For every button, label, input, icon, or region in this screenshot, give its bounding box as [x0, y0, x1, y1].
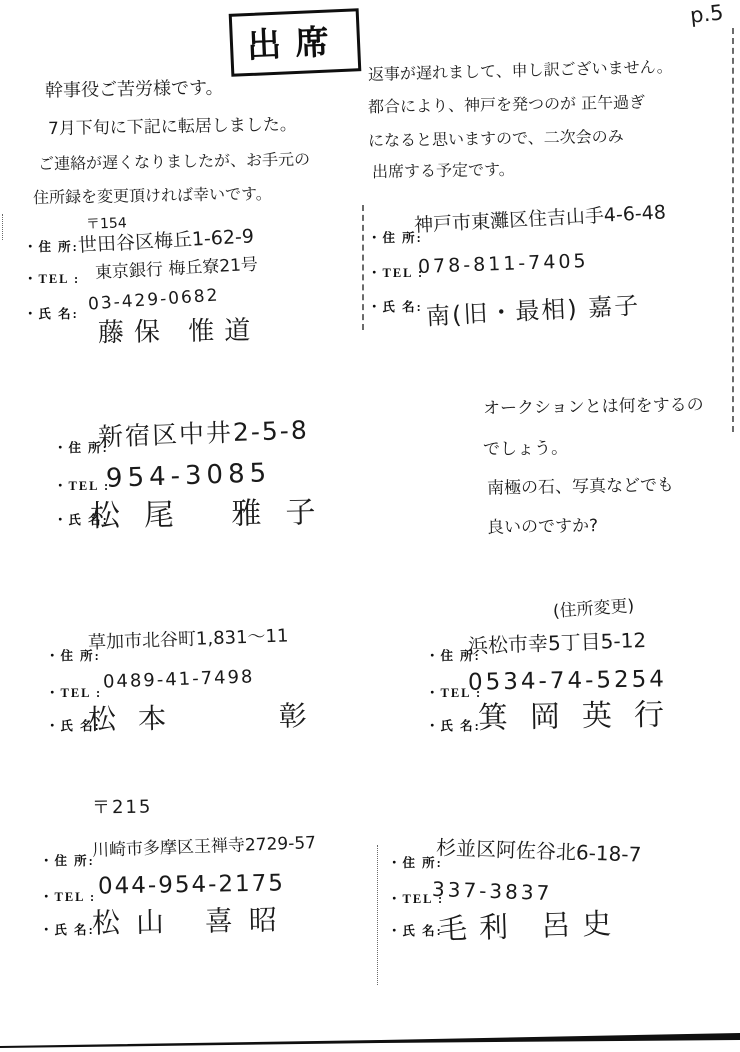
- entry-address-value: 杉並区阿佐谷北6-18-7: [436, 836, 642, 866]
- entry-address-value: 東京銀行 梅丘寮21号: [95, 256, 259, 284]
- scanned-attendance-page: p.5 出席 幹事役ご苦労様です。 7月下旬に下記に転居しました。 ご連絡が遅く…: [0, 0, 740, 1052]
- entry-postal-code: 〒154: [86, 215, 127, 233]
- entry-name-label: ・氏 名:: [426, 716, 481, 734]
- entry-name-value: 松尾 雅子: [90, 496, 340, 535]
- entry-address-label: ・住 所:: [388, 853, 443, 871]
- scan-artifact-page-edge-right: [732, 28, 734, 432]
- entry-tel-value: 954-3085: [106, 459, 272, 495]
- note-transfer-line: 住所録を変更頂ければ幸いです。: [33, 185, 272, 208]
- entry-name-label: ・氏 名:: [388, 921, 443, 939]
- entry-address-value: 草加市北谷町1,831〜11: [88, 627, 289, 655]
- scan-artifact-vertical-line: [377, 845, 378, 985]
- note-auction-line: オークションとは何をするの: [483, 396, 704, 419]
- entry-name-value: 箕岡英行: [478, 698, 687, 736]
- entry-tel-value: 03-429-0682: [87, 286, 220, 315]
- entry-tel-value: 0489-41-7498: [103, 667, 255, 693]
- entry-name-value: 南(旧・最相) 嘉子: [425, 292, 641, 331]
- scan-artifact-left-mark: [2, 214, 3, 240]
- entry-address-value: 浜松市幸5丁目5-12: [468, 629, 647, 658]
- entry-name-value: 松本 彰: [88, 700, 329, 736]
- note-transfer-line: 7月下旬に下記に転居しました。: [48, 116, 297, 140]
- entry-tel-value: 044-954-2175: [98, 870, 285, 900]
- entry-tel-label: ・TEL :: [368, 263, 424, 281]
- entry-name-label: ・氏 名:: [24, 304, 79, 322]
- note-kobe-line: 都合により、神戸を発つのが 正午過ぎ: [368, 94, 645, 117]
- note-transfer-line: ご連絡が遅くなりましたが、お手元の: [38, 151, 310, 174]
- page-number: p.5: [689, 0, 725, 27]
- note-auction-line: 南極の石、写真などでも: [487, 476, 674, 499]
- entry-tel-label: ・TEL :: [46, 683, 102, 701]
- entry-tel-label: ・TEL :: [24, 269, 80, 287]
- entry-name-label: ・氏 名:: [40, 920, 95, 938]
- entry-address-value: 川崎市多摩区王禅寺2729-57: [92, 834, 317, 861]
- scan-artifact-bottom-line: [0, 1030, 740, 1052]
- note-auction-line: 良いのですか?: [487, 517, 598, 538]
- entry-tel-value: 0534-74-5254: [468, 666, 667, 696]
- note-kobe-line: 返事が遅れまして、申し訳ございません。: [368, 58, 673, 84]
- entry-tel-value: 078-811-7405: [418, 251, 589, 279]
- entry-name-value: 松山 喜昭: [92, 904, 293, 940]
- entry-postal-code: 〒215: [92, 797, 153, 819]
- entry-address-label: ・住 所:: [24, 237, 79, 255]
- entry-tel-label: ・TEL :: [40, 887, 96, 905]
- entry-address-value: 神戸市東灘区住吉山手4-6-48: [414, 202, 667, 237]
- entry-annotation: (住所変更): [552, 597, 634, 622]
- entry-tel-value: 337-3837: [432, 878, 553, 905]
- entry-address-value: 新宿区中井2-5-8: [98, 416, 310, 452]
- note-kobe-line: になると思いますので、二次会のみ: [368, 128, 624, 151]
- note-transfer-line: 幹事役ご苦労様です。: [45, 78, 224, 102]
- attendance-stamp-label: 出席: [246, 22, 344, 66]
- entry-tel-label: ・TEL :: [54, 476, 110, 494]
- note-kobe-line: 出席する予定です。: [372, 161, 515, 182]
- scan-artifact-vertical-line: [362, 205, 364, 330]
- entry-name-value: 藤保 惟道: [98, 317, 261, 350]
- entry-address-label: ・住 所:: [40, 851, 95, 869]
- note-auction-line: でしょう。: [483, 439, 568, 460]
- entry-name-label: ・氏 名:: [368, 297, 423, 315]
- entry-name-value: 毛利 呂史: [437, 907, 623, 947]
- attendance-stamp-box: 出席: [229, 8, 362, 77]
